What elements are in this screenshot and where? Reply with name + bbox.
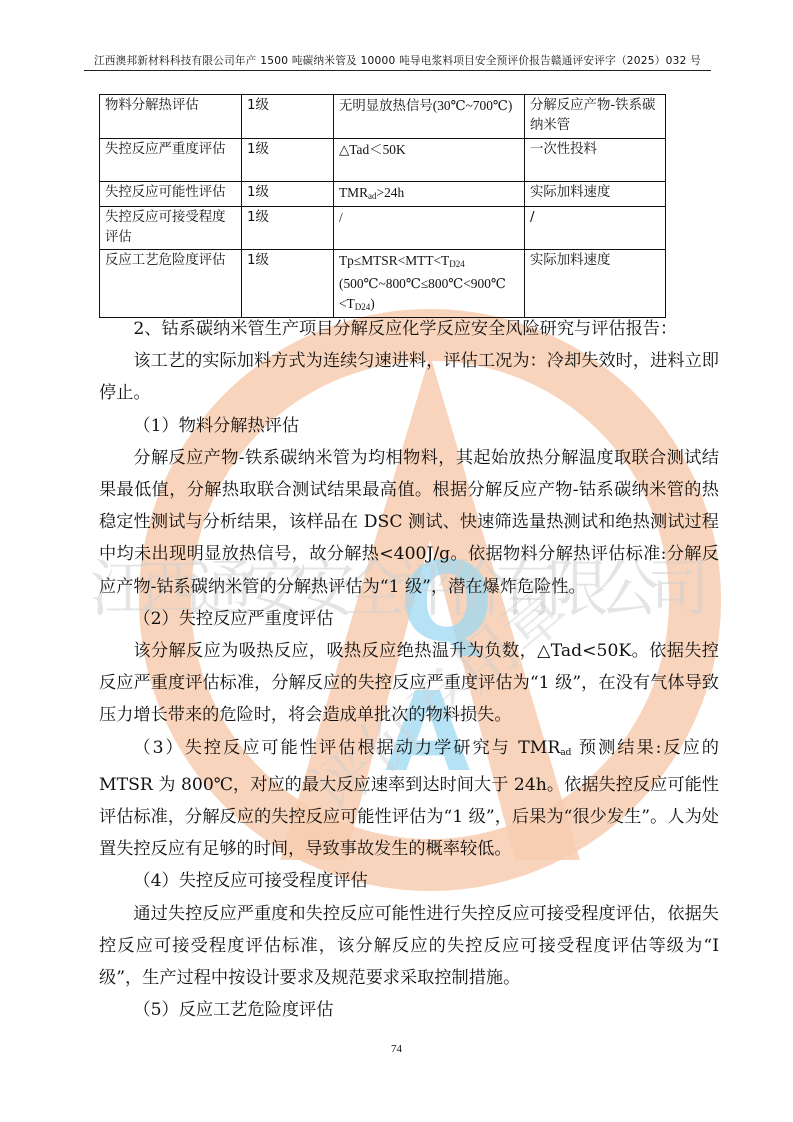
paragraph: （3）失控反应可能性评估根据动力学研究与 TMRad 预测结果:反应的 MTSR… <box>99 732 719 866</box>
cell-note: 实际加料速度 <box>525 182 666 207</box>
cell-item: 失控反应可能性评估 <box>100 182 242 207</box>
cell-criterion: / <box>334 207 525 250</box>
table-row: 失控反应可接受程度评估 1级 / / <box>100 207 666 250</box>
cell-note: 分解反应产物-铁系碳纳米管 <box>525 95 666 139</box>
body-text: 2、钴系碳纳米管生产项目分解反应化学反应安全风险研究与评估报告： 该工艺的实际加… <box>99 313 719 1026</box>
subsection-heading: （2）失控反应严重度评估 <box>99 603 719 635</box>
cell-item: 失控反应严重度评估 <box>100 139 242 182</box>
table-row: 失控反应可能性评估 1级 TMRad>24h 实际加料速度 <box>100 182 666 207</box>
cell-note: 实际加料速度 <box>525 250 666 318</box>
cell-criterion: △Tad＜50K <box>334 139 525 182</box>
cell-level: 1级 <box>242 182 334 207</box>
cell-criterion: 无明显放热信号(30℃~700℃) <box>334 95 525 139</box>
cell-level: 1级 <box>242 250 334 318</box>
subsection-heading: （1）物料分解热评估 <box>99 410 719 442</box>
table-row: 物料分解热评估 1级 无明显放热信号(30℃~700℃) 分解反应产物-铁系碳纳… <box>100 95 666 139</box>
cell-item: 物料分解热评估 <box>100 95 242 139</box>
cell-level: 1级 <box>242 139 334 182</box>
table-row: 失控反应严重度评估 1级 △Tad＜50K 一次性投料 <box>100 139 666 182</box>
subsection-heading: （4）失控反应可接受程度评估 <box>99 865 719 897</box>
page-number: 74 <box>0 1043 793 1055</box>
cell-level: 1级 <box>242 95 334 139</box>
cell-item: 失控反应可接受程度评估 <box>100 207 242 250</box>
section-heading: 2、钴系碳纳米管生产项目分解反应化学反应安全风险研究与评估报告： <box>99 313 719 345</box>
paragraph: 分解反应产物-铁系碳纳米管为均相物料，其起始放热分解温度取联合测试结果最低值，分… <box>99 442 719 603</box>
cell-criterion: TMRad>24h <box>334 182 525 207</box>
paragraph: 通过失控反应严重度和失控反应可能性进行失控反应可接受程度评估，依据失控反应可接受… <box>99 898 719 995</box>
evaluation-table: 物料分解热评估 1级 无明显放热信号(30℃~700℃) 分解反应产物-铁系碳纳… <box>99 94 666 318</box>
paragraph: 该工艺的实际加料方式为连续匀速进料，评估工况为：冷却失效时，进料立即停止。 <box>99 345 719 409</box>
cell-criterion: Tp≤MTSR<MTT<TD24 (500℃~800℃≤800℃<900℃ <T… <box>334 250 525 318</box>
table-row: 反应工艺危险度评估 1级 Tp≤MTSR<MTT<TD24 (500℃~800℃… <box>100 250 666 318</box>
cell-note: 一次性投料 <box>525 139 666 182</box>
cell-note: / <box>525 207 666 250</box>
cell-level: 1级 <box>242 207 334 250</box>
paragraph: 该分解反应为吸热反应，吸热反应绝热温升为负数，△Tad<50K。依据失控反应严重… <box>99 635 719 732</box>
subsection-heading: （5）反应工艺危险度评估 <box>99 994 719 1026</box>
page-header: 江西澳邦新材料科技有限公司年产 1500 吨碳纳米管及 10000 吨导电浆料项… <box>84 54 711 71</box>
cell-item: 反应工艺危险度评估 <box>100 250 242 318</box>
